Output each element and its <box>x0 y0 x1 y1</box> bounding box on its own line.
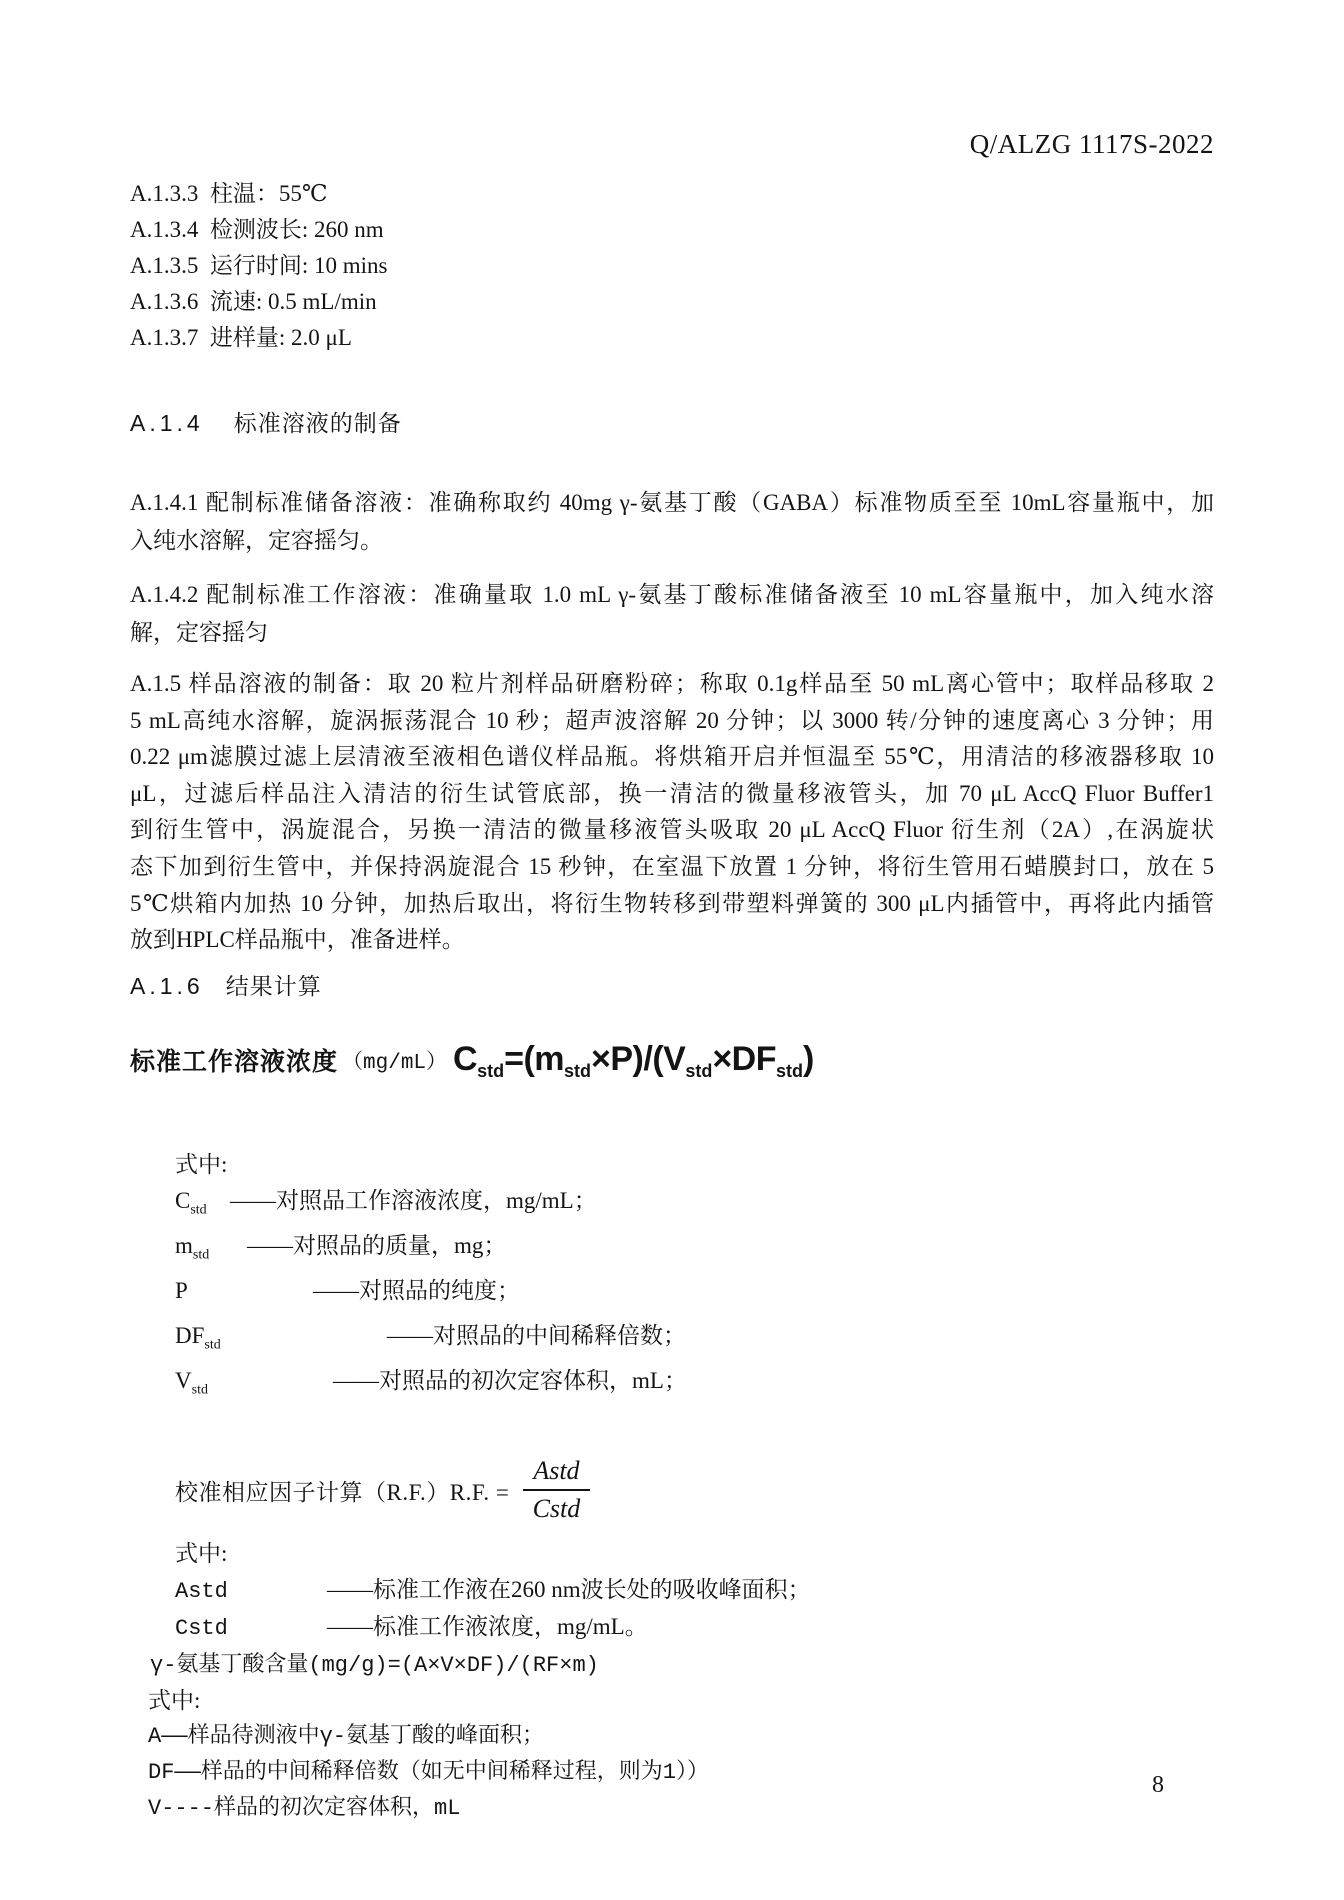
definition-row: A——样品待测液中γ-氨基丁酸的峰面积； <box>148 1719 1214 1755</box>
paragraph-line: 5℃烘箱内加热 10 分钟，加热后取出，将衍生物转移到带塑料弹簧的 300 μL… <box>130 886 1214 923</box>
paragraph-a141: A.1.4.1 配制标准储备溶液：准确称取约 40mg γ-氨基丁酸（GABA）… <box>130 484 1214 560</box>
page-number: 8 <box>1152 1772 1164 1799</box>
gaba-content-formula: γ-氨基丁酸含量(mg/g)=(A×V×DF)/(RF×m) <box>150 1648 1214 1683</box>
section-number: A.1.4 <box>130 410 204 436</box>
paragraph-line: A.1.4.1 配制标准储备溶液：准确称取约 40mg γ-氨基丁酸（GABA）… <box>130 484 1214 522</box>
section-title: 标准溶液的制备 <box>234 410 402 436</box>
section-number: A.1.6 <box>130 973 204 999</box>
paragraph-line: A.1.5 样品溶液的制备：取 20 粒片剂样品研磨粉碎；称取 0.1g样品至 … <box>130 666 1214 703</box>
paragraph-line: 0.22 μm滤膜过滤上层清液至液相色谱仪样品瓶。将烘箱开启并恒温至 55℃，用… <box>130 739 1214 776</box>
defs-intro: 式中: <box>175 1536 1214 1572</box>
paragraph-a15: A.1.5 样品溶液的制备：取 20 粒片剂样品研磨粉碎；称取 0.1g样品至 … <box>130 666 1214 959</box>
fraction-denominator: Cstd <box>523 1491 589 1524</box>
formula-label: 标准工作溶液浓度 <box>130 1042 338 1078</box>
definition-block-sample: 式中: A——样品待测液中γ-氨基丁酸的峰面积； DF——样品的中间稀释倍数（如… <box>148 1683 1214 1827</box>
definition-block-rf: 式中: Astd——标准工作液在260 nm波长处的吸收峰面积； Cstd——标… <box>175 1536 1214 1646</box>
hplc-parameter-list: A.1.3.3 柱温：55℃ A.1.3.4 检测波长: 260 nm A.1.… <box>130 176 1214 356</box>
fraction-numerator: Astd <box>523 1456 589 1491</box>
formula-unit: （mg/mL） <box>342 1045 447 1075</box>
definition-row: DF——样品的中间稀释倍数（如无中间稀释过程，则为1）） <box>148 1755 1214 1791</box>
param-run-time: A.1.3.5 运行时间: 10 mins <box>130 248 1214 284</box>
definition-row: Cstd——标准工作液浓度，mg/mL。 <box>175 1609 1214 1646</box>
std-concentration-formula: 标准工作溶液浓度 （mg/mL） Cstd=(mstd×P)/(Vstd×DFs… <box>130 1029 1214 1091</box>
paragraph-line: μL，过滤后样品注入清洁的衍生试管底部，换一清洁的微量移液管头，加 70 μL … <box>130 776 1214 813</box>
section-heading-a16: A.1.6结果计算 <box>130 969 1214 1003</box>
rf-formula-label: 校准相应因子计算（R.F.）R.F. = <box>175 1474 509 1507</box>
defs-intro: 式中: <box>175 1147 1214 1183</box>
definition-row: Astd——标准工作液在260 nm波长处的吸收峰面积； <box>175 1572 1214 1609</box>
response-factor-formula: 校准相应因子计算（R.F.）R.F. = Astd Cstd <box>175 1456 1214 1524</box>
param-column-temp: A.1.3.3 柱温：55℃ <box>130 176 1214 212</box>
paragraph-line: 入纯水溶解，定容摇匀。 <box>130 522 1214 560</box>
param-wavelength: A.1.3.4 检测波长: 260 nm <box>130 212 1214 248</box>
rf-fraction: Astd Cstd <box>523 1456 589 1524</box>
definition-row: DFstd——对照品的中间稀释倍数； <box>175 1318 1214 1363</box>
paragraph-line: 放到HPLC样品瓶中，准备进样。 <box>130 922 1214 959</box>
definition-row: Vstd——对照品的初次定容体积，mL； <box>175 1363 1214 1408</box>
paragraph-line: A.1.4.2 配制标准工作溶液：准确量取 1.0 mL γ-氨基丁酸标准储备液… <box>130 576 1214 614</box>
definition-row: V----样品的初次定容体积，mL <box>148 1791 1214 1827</box>
paragraph-line: 态下加到衍生管中，并保持涡旋混合 15 秒钟，在室温下放置 1 分钟，将衍生管用… <box>130 849 1214 886</box>
definition-row: P——对照品的纯度； <box>175 1273 1214 1318</box>
section-title: 结果计算 <box>226 973 322 999</box>
paragraph-a142: A.1.4.2 配制标准工作溶液：准确量取 1.0 mL γ-氨基丁酸标准储备液… <box>130 576 1214 652</box>
page-content: Q/ALZG 1117S-2022 A.1.3.3 柱温：55℃ A.1.3.4… <box>130 0 1214 1827</box>
param-injection-vol: A.1.3.7 进样量: 2.0 μL <box>130 320 1214 356</box>
formula-expression: Cstd=(mstd×P)/(Vstd×DFstd) <box>453 1040 814 1079</box>
defs-intro: 式中: <box>148 1683 1214 1719</box>
document-page: Q/ALZG 1117S-2022 A.1.3.3 柱温：55℃ A.1.3.4… <box>0 0 1344 1900</box>
paragraph-line: 5 mL高纯水溶解，旋涡振荡混合 10 秒；超声波溶解 20 分钟；以 3000… <box>130 703 1214 740</box>
definition-block-cstd: 式中: Cstd——对照品工作溶液浓度，mg/mL； mstd——对照品的质量，… <box>175 1147 1214 1408</box>
definition-row: Cstd——对照品工作溶液浓度，mg/mL； <box>175 1183 1214 1228</box>
section-heading-a14: A.1.4标准溶液的制备 <box>130 406 1214 440</box>
paragraph-line: 解，定容摇匀 <box>130 614 1214 652</box>
document-code: Q/ALZG 1117S-2022 <box>130 128 1214 160</box>
definition-row: mstd——对照品的质量，mg； <box>175 1228 1214 1273</box>
param-flow-rate: A.1.3.6 流速: 0.5 mL/min <box>130 284 1214 320</box>
paragraph-line: 到衍生管中，涡旋混合，另换一清洁的微量移液管头吸取 20 μL AccQ Flu… <box>130 812 1214 849</box>
